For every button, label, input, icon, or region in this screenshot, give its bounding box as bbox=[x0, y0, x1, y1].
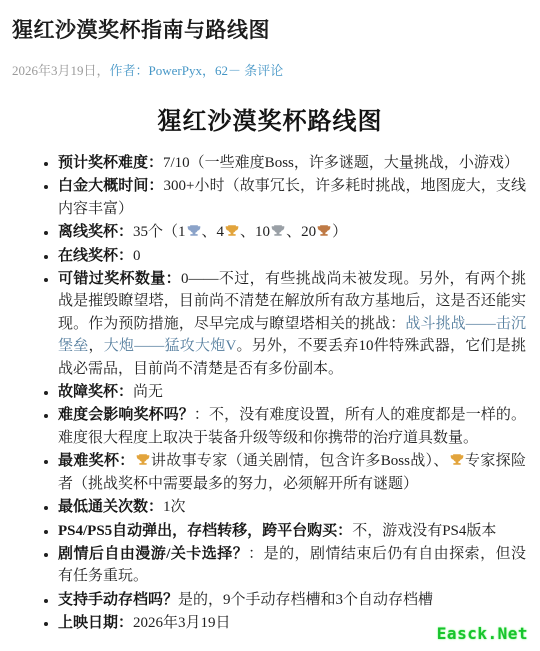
roadmap-list: 预计奖杯难度：7/10（一些难度Boss，许多谜题，大量挑战，小游戏）白金大概时… bbox=[12, 152, 528, 635]
list-item-hardest-trophy: 最难奖杯：讲故事专家（通关剧情，包含许多Boss战）、专家探险者（挑战奖杯中需要… bbox=[58, 450, 526, 495]
list-item-offline-trophies: 离线奖杯：35个（1、4、10、20） bbox=[58, 221, 526, 243]
list-item-ps4-ps5-autopop: PS4/PS5自动弹出，存档转移，跨平台购买：不，游戏没有PS4版本 bbox=[58, 520, 526, 542]
list-item-difficulty-affects-trophies: 难度会影响奖杯吗？：不，没有难度设置，所有人的难度都是一样的。难度很大程度上取决… bbox=[58, 404, 526, 449]
item-label: 离线奖杯： bbox=[58, 224, 133, 240]
list-item-missable-trophies: 可错过奖杯数量：0——不过，有些挑战尚未被发现。另外，有两个挑战是摧毁瞭望塔，目… bbox=[58, 268, 526, 380]
trophy-platinum-icon bbox=[187, 224, 201, 237]
article-page: 猩红沙漠奖杯指南与路线图 2026年3月19日，作者：PowerPyx，62－ … bbox=[0, 0, 540, 635]
list-item-estimated-difficulty: 预计奖杯难度：7/10（一些难度Boss，许多谜题，大量挑战，小游戏） bbox=[58, 152, 526, 174]
item-label: 在线奖杯： bbox=[58, 248, 133, 264]
post-meta: 2026年3月19日，作者：PowerPyx，62－ 条评论 bbox=[12, 60, 528, 79]
item-label: 剧情后自由漫游/关卡选择？ bbox=[58, 546, 248, 562]
author-link[interactable]: 作者：PowerPyx bbox=[110, 63, 202, 78]
trophy-gold-icon bbox=[450, 453, 464, 466]
item-label: 支持手动存档吗？ bbox=[58, 592, 178, 608]
list-item-manual-saves: 支持手动存档吗？是的，9个手动存档槽和3个自动存档槽 bbox=[58, 589, 526, 611]
trophy-gold-icon bbox=[225, 224, 239, 237]
list-item-platinum-time: 白金大概时间：300+小时（故事冗长，许多耗时挑战，地图庞大，支线内容丰富） bbox=[58, 175, 526, 220]
comments-link[interactable]: 62－ 条评论 bbox=[215, 63, 283, 78]
item-label: 最低通关次数： bbox=[58, 499, 163, 515]
list-item-online-trophies: 在线奖杯：0 bbox=[58, 245, 526, 267]
list-item-free-roam-after-story: 剧情后自由漫游/关卡选择？：是的，剧情结束后仍有自由探索，但没有任务重玩。 bbox=[58, 543, 526, 588]
item-label: 故障奖杯： bbox=[58, 384, 133, 400]
trophy-gold-icon bbox=[136, 453, 150, 466]
roadmap-heading: 猩红沙漠奖杯路线图 bbox=[12, 101, 528, 136]
inline-link[interactable]: 大炮——猛攻大炮V bbox=[104, 338, 237, 354]
watermark: Easck.Net bbox=[437, 624, 528, 643]
trophy-bronze-icon bbox=[317, 224, 331, 237]
post-date: 2026年3月19日， bbox=[12, 63, 110, 78]
item-label: 难度会影响奖杯吗？ bbox=[58, 407, 194, 423]
item-label: 预计奖杯难度： bbox=[58, 155, 163, 171]
trophy-silver-icon bbox=[271, 224, 285, 237]
item-label: PS4/PS5自动弹出，存档转移，跨平台购买： bbox=[58, 523, 352, 539]
item-label: 上映日期： bbox=[58, 615, 133, 631]
item-label: 白金大概时间： bbox=[58, 178, 164, 194]
meta-separator: ， bbox=[202, 63, 215, 78]
item-label: 可错过奖杯数量： bbox=[58, 271, 181, 287]
list-item-minimum-playthroughs: 最低通关次数：1次 bbox=[58, 496, 526, 518]
post-title: 猩红沙漠奖杯指南与路线图 bbox=[12, 14, 528, 44]
item-label: 最难奖杯： bbox=[58, 453, 135, 469]
list-item-glitched-trophies: 故障奖杯：尚无 bbox=[58, 381, 526, 403]
